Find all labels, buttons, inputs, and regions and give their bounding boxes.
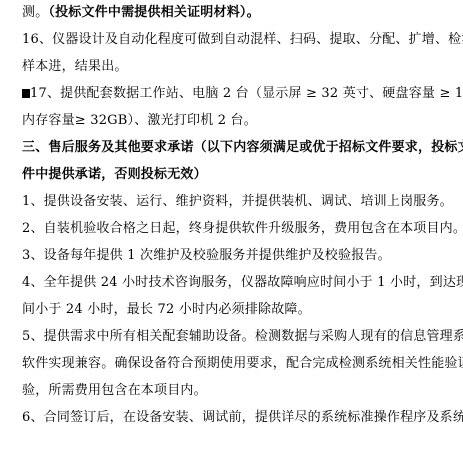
service-item-4-line-2: 间小于 24 小时，最长 72 小时内必须排除故障。 <box>22 302 445 318</box>
text-run: 17、提供配套数据工作站、电脑 2 台（显示屏 ≥ 32 英寸、硬盘容量 ≥ 1… <box>30 86 463 101</box>
service-item-2: 2、自装机验收合格之日起，终身提供软件升级服务，费用包含在本项目内。 <box>22 221 445 237</box>
service-item-1: 1、提供设备安装、运行、维护资料，并提供装机、调试、培训上岗服务。 <box>22 194 445 210</box>
service-item-5-line-2: 软件实现兼容。确保设备符合预期使用要求，配合完成检测系统相关性能验证试 <box>22 356 445 372</box>
proof-material-note: （投标文件中需提供相关证明材料）。 <box>48 5 259 20</box>
service-item-5-line-1: 5、提供需求中所有相关配套辅助设备。检测数据与采购人现有的信息管理系统 <box>22 329 445 345</box>
item-17-line-2: 内存容量≥ 32GB）、激光打印机 2 台。 <box>22 113 445 129</box>
text-run: 测。 <box>22 5 48 20</box>
item-17-line-1: 17、提供配套数据工作站、电脑 2 台（显示屏 ≥ 32 英寸、硬盘容量 ≥ 1… <box>22 86 445 102</box>
section-3-heading-line-1: 三、售后服务及其他要求承诺（以下内容须满足或优于招标文件要求，投标文 <box>22 140 445 156</box>
service-item-3: 3、设备每年提供 1 次维护及校验服务并提供维护及校验报告。 <box>22 248 445 264</box>
service-item-4-line-1: 4、全年提供 24 小时技术咨询服务，仪器故障响应时间小于 1 小时，到达现场时 <box>22 275 445 291</box>
service-item-5-line-3: 验，所需费用包含在本项目内。 <box>22 383 445 399</box>
service-item-6-line-1: 6、合同签订后，在设备安装、调试前，提供详尽的系统标准操作程序及系统维 <box>22 410 445 426</box>
item-16-line-2: 样本进，结果出。 <box>22 59 445 75</box>
paragraph-15-end: 测。（投标文件中需提供相关证明材料）。 <box>22 5 445 21</box>
section-3-heading-line-2: 件中提供承诺，否则投标无效） <box>22 167 445 183</box>
item-16-line-1: 16、仪器设计及自动化程度可做到自动混样、扫码、提取、分配、扩增、检测， <box>22 32 445 48</box>
star-marker-square-icon <box>22 89 30 98</box>
document-page: 测。（投标文件中需提供相关证明材料）。 16、仪器设计及自动化程度可做到自动混样… <box>0 0 463 450</box>
